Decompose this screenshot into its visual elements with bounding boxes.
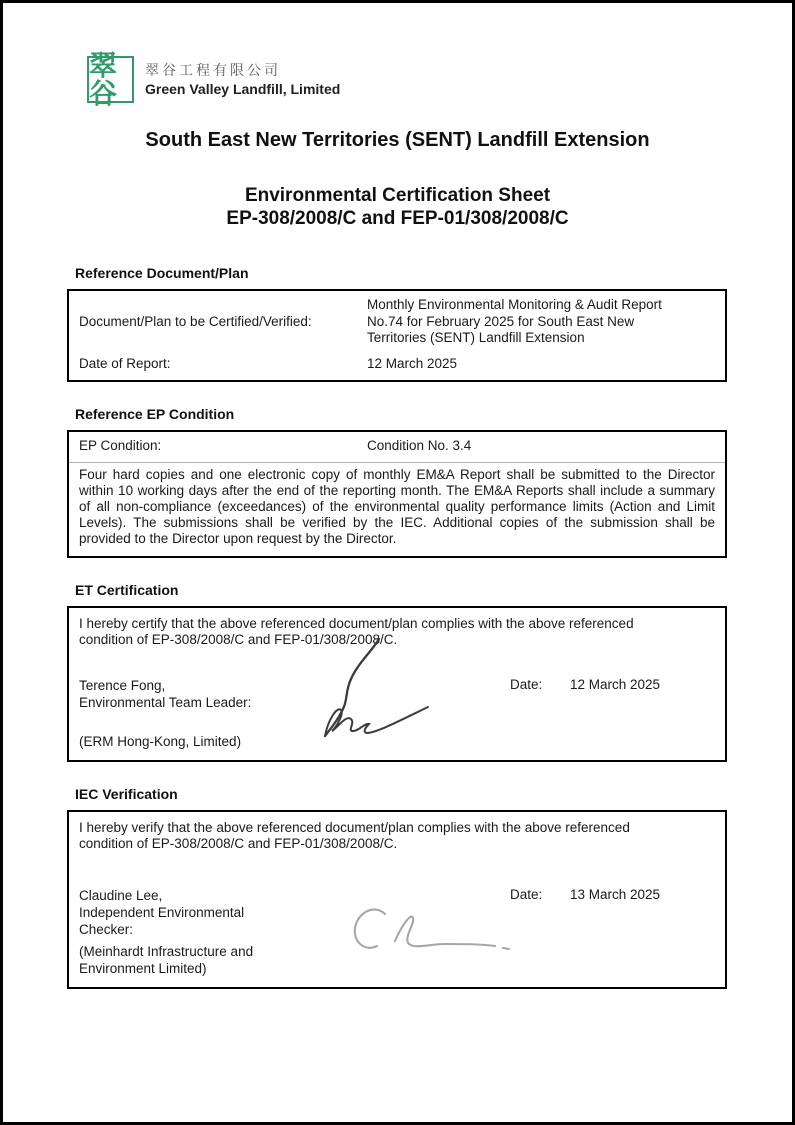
section-reference-ep-condition: Reference EP Condition EP Condition: Con… xyxy=(67,406,727,558)
section-et-certification: ET Certification I hereby certify that t… xyxy=(67,582,727,762)
subtitle-line-1: Environmental Certification Sheet xyxy=(13,184,782,207)
section-heading-iec-verification: IEC Verification xyxy=(75,786,727,802)
green-valley-logo-icon: 翠谷 xyxy=(87,56,134,103)
section-iec-verification: IEC Verification I hereby verify that th… xyxy=(67,786,727,989)
row-value: Monthly Environmental Monitoring & Audit… xyxy=(367,297,715,347)
verification-statement: I hereby verify that the above reference… xyxy=(79,820,715,853)
row-label: Document/Plan to be Certified/Verified: xyxy=(79,314,367,331)
logo-symbol: 翠谷 xyxy=(89,52,132,108)
et-signature-icon xyxy=(282,635,432,745)
section-heading-reference-document: Reference Document/Plan xyxy=(75,265,727,281)
reference-document-table: Document/Plan to be Certified/Verified: … xyxy=(67,289,727,382)
logo-text: 翠谷工程有限公司 Green Valley Landfill, Limited xyxy=(145,56,340,99)
table-row: Date of Report: 12 March 2025 xyxy=(79,356,715,373)
section-heading-et-certification: ET Certification xyxy=(75,582,727,598)
row-label: Date of Report: xyxy=(79,356,367,373)
certification-sheet-page: 翠谷 翠谷工程有限公司 Green Valley Landfill, Limit… xyxy=(0,0,795,1125)
section-reference-document: Reference Document/Plan Document/Plan to… xyxy=(67,265,727,382)
row-value: Condition No. 3.4 xyxy=(367,438,715,455)
date-label: Date: xyxy=(510,677,542,694)
iec-verification-box: I hereby verify that the above reference… xyxy=(67,810,727,989)
et-signature-block: Terence Fong, Environmental Team Leader:… xyxy=(79,677,715,750)
ep-condition-table: EP Condition: Condition No. 3.4 Four har… xyxy=(67,430,727,558)
company-name-english: Green Valley Landfill, Limited xyxy=(145,80,340,99)
company-name-chinese: 翠谷工程有限公司 xyxy=(145,61,340,79)
row-value: 12 March 2025 xyxy=(367,356,715,373)
ep-condition-description: Four hard copies and one electronic copy… xyxy=(69,463,725,556)
iec-signature-block: Claudine Lee, Independent Environmental … xyxy=(79,887,715,977)
iec-signature-icon xyxy=(345,900,517,962)
page-title: South East New Territories (SENT) Landfi… xyxy=(13,129,782,152)
document-body: Reference Document/Plan Document/Plan to… xyxy=(67,265,727,989)
table-row: Document/Plan to be Certified/Verified: … xyxy=(79,297,715,347)
subtitle-line-2: EP-308/2008/C and FEP-01/308/2008/C xyxy=(13,207,782,230)
company-logo: 翠谷 翠谷工程有限公司 Green Valley Landfill, Limit… xyxy=(87,56,792,103)
row-label: EP Condition: xyxy=(79,438,367,455)
table-row: EP Condition: Condition No. 3.4 xyxy=(69,432,725,463)
et-certification-box: I hereby certify that the above referenc… xyxy=(67,606,727,762)
section-heading-ep-condition: Reference EP Condition xyxy=(75,406,727,422)
date-value: 13 March 2025 xyxy=(570,887,660,904)
page-subtitle: Environmental Certification Sheet EP-308… xyxy=(13,184,782,230)
date-value: 12 March 2025 xyxy=(570,677,660,694)
